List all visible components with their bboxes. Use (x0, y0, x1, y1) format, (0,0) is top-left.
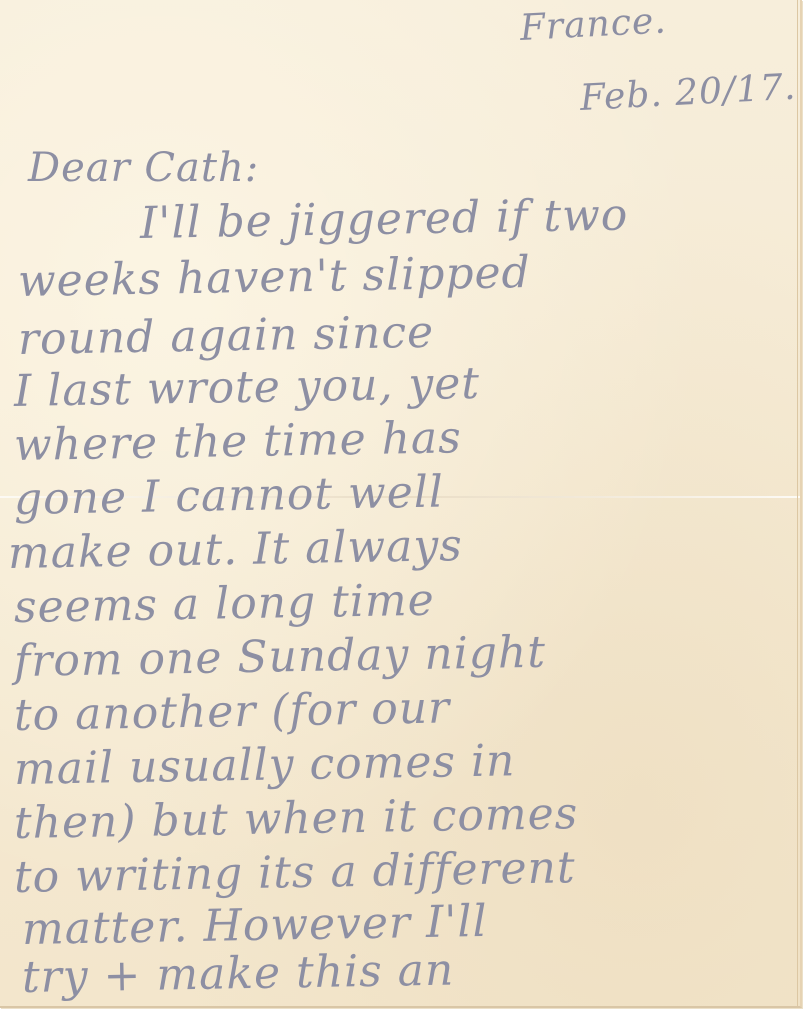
letter-place: France. (519, 0, 668, 49)
body-line: seems a long time (14, 575, 436, 633)
letter-date: Feb. 20/17. (579, 67, 797, 119)
body-line: where the time has (14, 412, 463, 471)
paper-edge (797, 0, 798, 1006)
letter-salutation: Dear Cath: (28, 145, 259, 191)
body-line: gone I cannot well (14, 467, 445, 525)
body-line: round again since (18, 307, 435, 365)
body-line: try + make this an (22, 944, 455, 1003)
body-line: to writing its a different (14, 842, 576, 903)
body-line: I last wrote you, yet (14, 358, 481, 417)
letter-page: France. Feb. 20/17. Dear Cath: I'll be j… (0, 0, 802, 1008)
body-line: to another (for our (14, 682, 451, 741)
body-line: weeks haven't slipped (18, 247, 532, 307)
body-line: make out. It always (8, 520, 464, 579)
body-line: mail usually comes in (14, 735, 516, 795)
body-line: then) but when it comes (14, 788, 579, 849)
body-line: from one Sunday night (14, 627, 547, 687)
body-line: I'll be jiggered if two (140, 189, 629, 249)
